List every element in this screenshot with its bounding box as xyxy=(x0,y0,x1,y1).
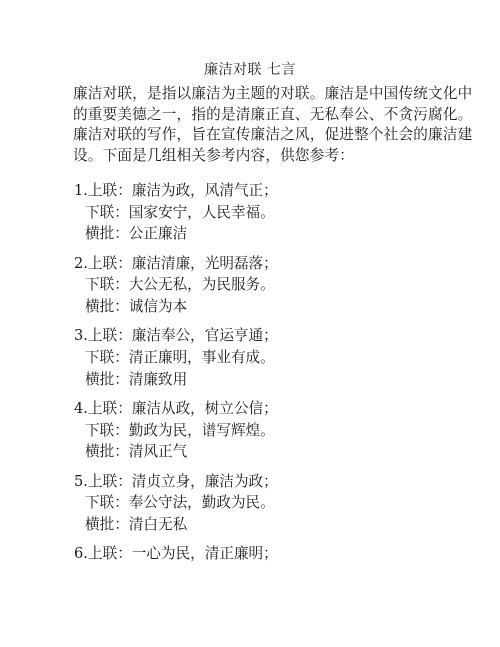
intro-paragraph: 廉洁对联，是指以廉洁为主题的对联。廉洁是中国传统文化中 的重要美德之一，指的是清… xyxy=(73,84,435,166)
intro-line: 廉洁对联的写作，旨在宣传廉洁之风，促进整个社会的廉洁建 xyxy=(73,125,435,146)
upper-line: 上联：廉洁清廉，光明磊落； xyxy=(88,255,278,272)
entry-number: 2. xyxy=(74,253,88,275)
banner-line: 横批：公正廉洁 xyxy=(74,223,454,245)
entry-number: 4. xyxy=(74,398,88,420)
entry-number: 1. xyxy=(74,180,88,202)
upper-line: 上联：廉洁从政，树立公信； xyxy=(88,400,278,417)
couplet-entry-4: 4.上联：廉洁从政，树立公信； 下联：勤政为民，谱写辉煌。 横批：清风正气 xyxy=(74,398,454,471)
lower-line: 下联：国家安宁，人民幸福。 xyxy=(74,202,454,224)
lower-line: 下联：奉公守法，勤政为民。 xyxy=(74,492,454,514)
entry-number: 5. xyxy=(74,471,88,493)
upper-line: 上联：清贞立身，廉洁为政； xyxy=(88,473,278,490)
banner-line: 横批：清廉致用 xyxy=(74,369,454,391)
document-page: 廉洁对联 七言 廉洁对联，是指以廉洁为主题的对联。廉洁是中国传统文化中 的重要美… xyxy=(0,0,500,647)
intro-line: 设。下面是几组相关参考内容，供您参考： xyxy=(73,146,435,167)
intro-line: 的重要美德之一，指的是清廉正直、无私奉公、不贪污腐化。 xyxy=(73,105,435,126)
lower-line: 下联：大公无私，为民服务。 xyxy=(74,274,454,296)
couplet-entry-1: 1.上联：廉洁为政，风清气正； 下联：国家安宁，人民幸福。 横批：公正廉洁 xyxy=(74,180,454,253)
banner-line: 横批：诚信为本 xyxy=(74,296,454,318)
couplet-entry-3: 3.上联：廉洁奉公，官运亨通； 下联：清正廉明，事业有成。 横批：清廉致用 xyxy=(74,325,454,398)
entry-number: 3. xyxy=(74,325,88,347)
couplet-entry-2: 2.上联：廉洁清廉，光明磊落； 下联：大公无私，为民服务。 横批：诚信为本 xyxy=(74,253,454,326)
couplet-list: 1.上联：廉洁为政，风清气正； 下联：国家安宁，人民幸福。 横批：公正廉洁 2.… xyxy=(74,180,454,616)
couplet-entry-5: 5.上联：清贞立身，廉洁为政； 下联：奉公守法，勤政为民。 横批：清白无私 xyxy=(74,471,454,544)
lower-line: 下联：清正廉明，事业有成。 xyxy=(74,347,454,369)
lower-line: 下联：勤政为民，谱写辉煌。 xyxy=(74,420,454,442)
document-title: 廉洁对联 七言 xyxy=(0,61,500,79)
upper-line: 上联：廉洁奉公，官运亨通； xyxy=(88,327,278,344)
intro-line: 廉洁对联，是指以廉洁为主题的对联。廉洁是中国传统文化中 xyxy=(73,84,435,105)
banner-line: 横批：清白无私 xyxy=(74,514,454,536)
couplet-entry-6: 6.上联：一心为民，清正廉明； xyxy=(74,543,454,616)
upper-line: 上联：廉洁为政，风清气正； xyxy=(88,182,278,199)
entry-number: 6. xyxy=(74,543,88,565)
banner-line: 横批：清风正气 xyxy=(74,441,454,463)
upper-line: 上联：一心为民，清正廉明； xyxy=(88,545,278,562)
